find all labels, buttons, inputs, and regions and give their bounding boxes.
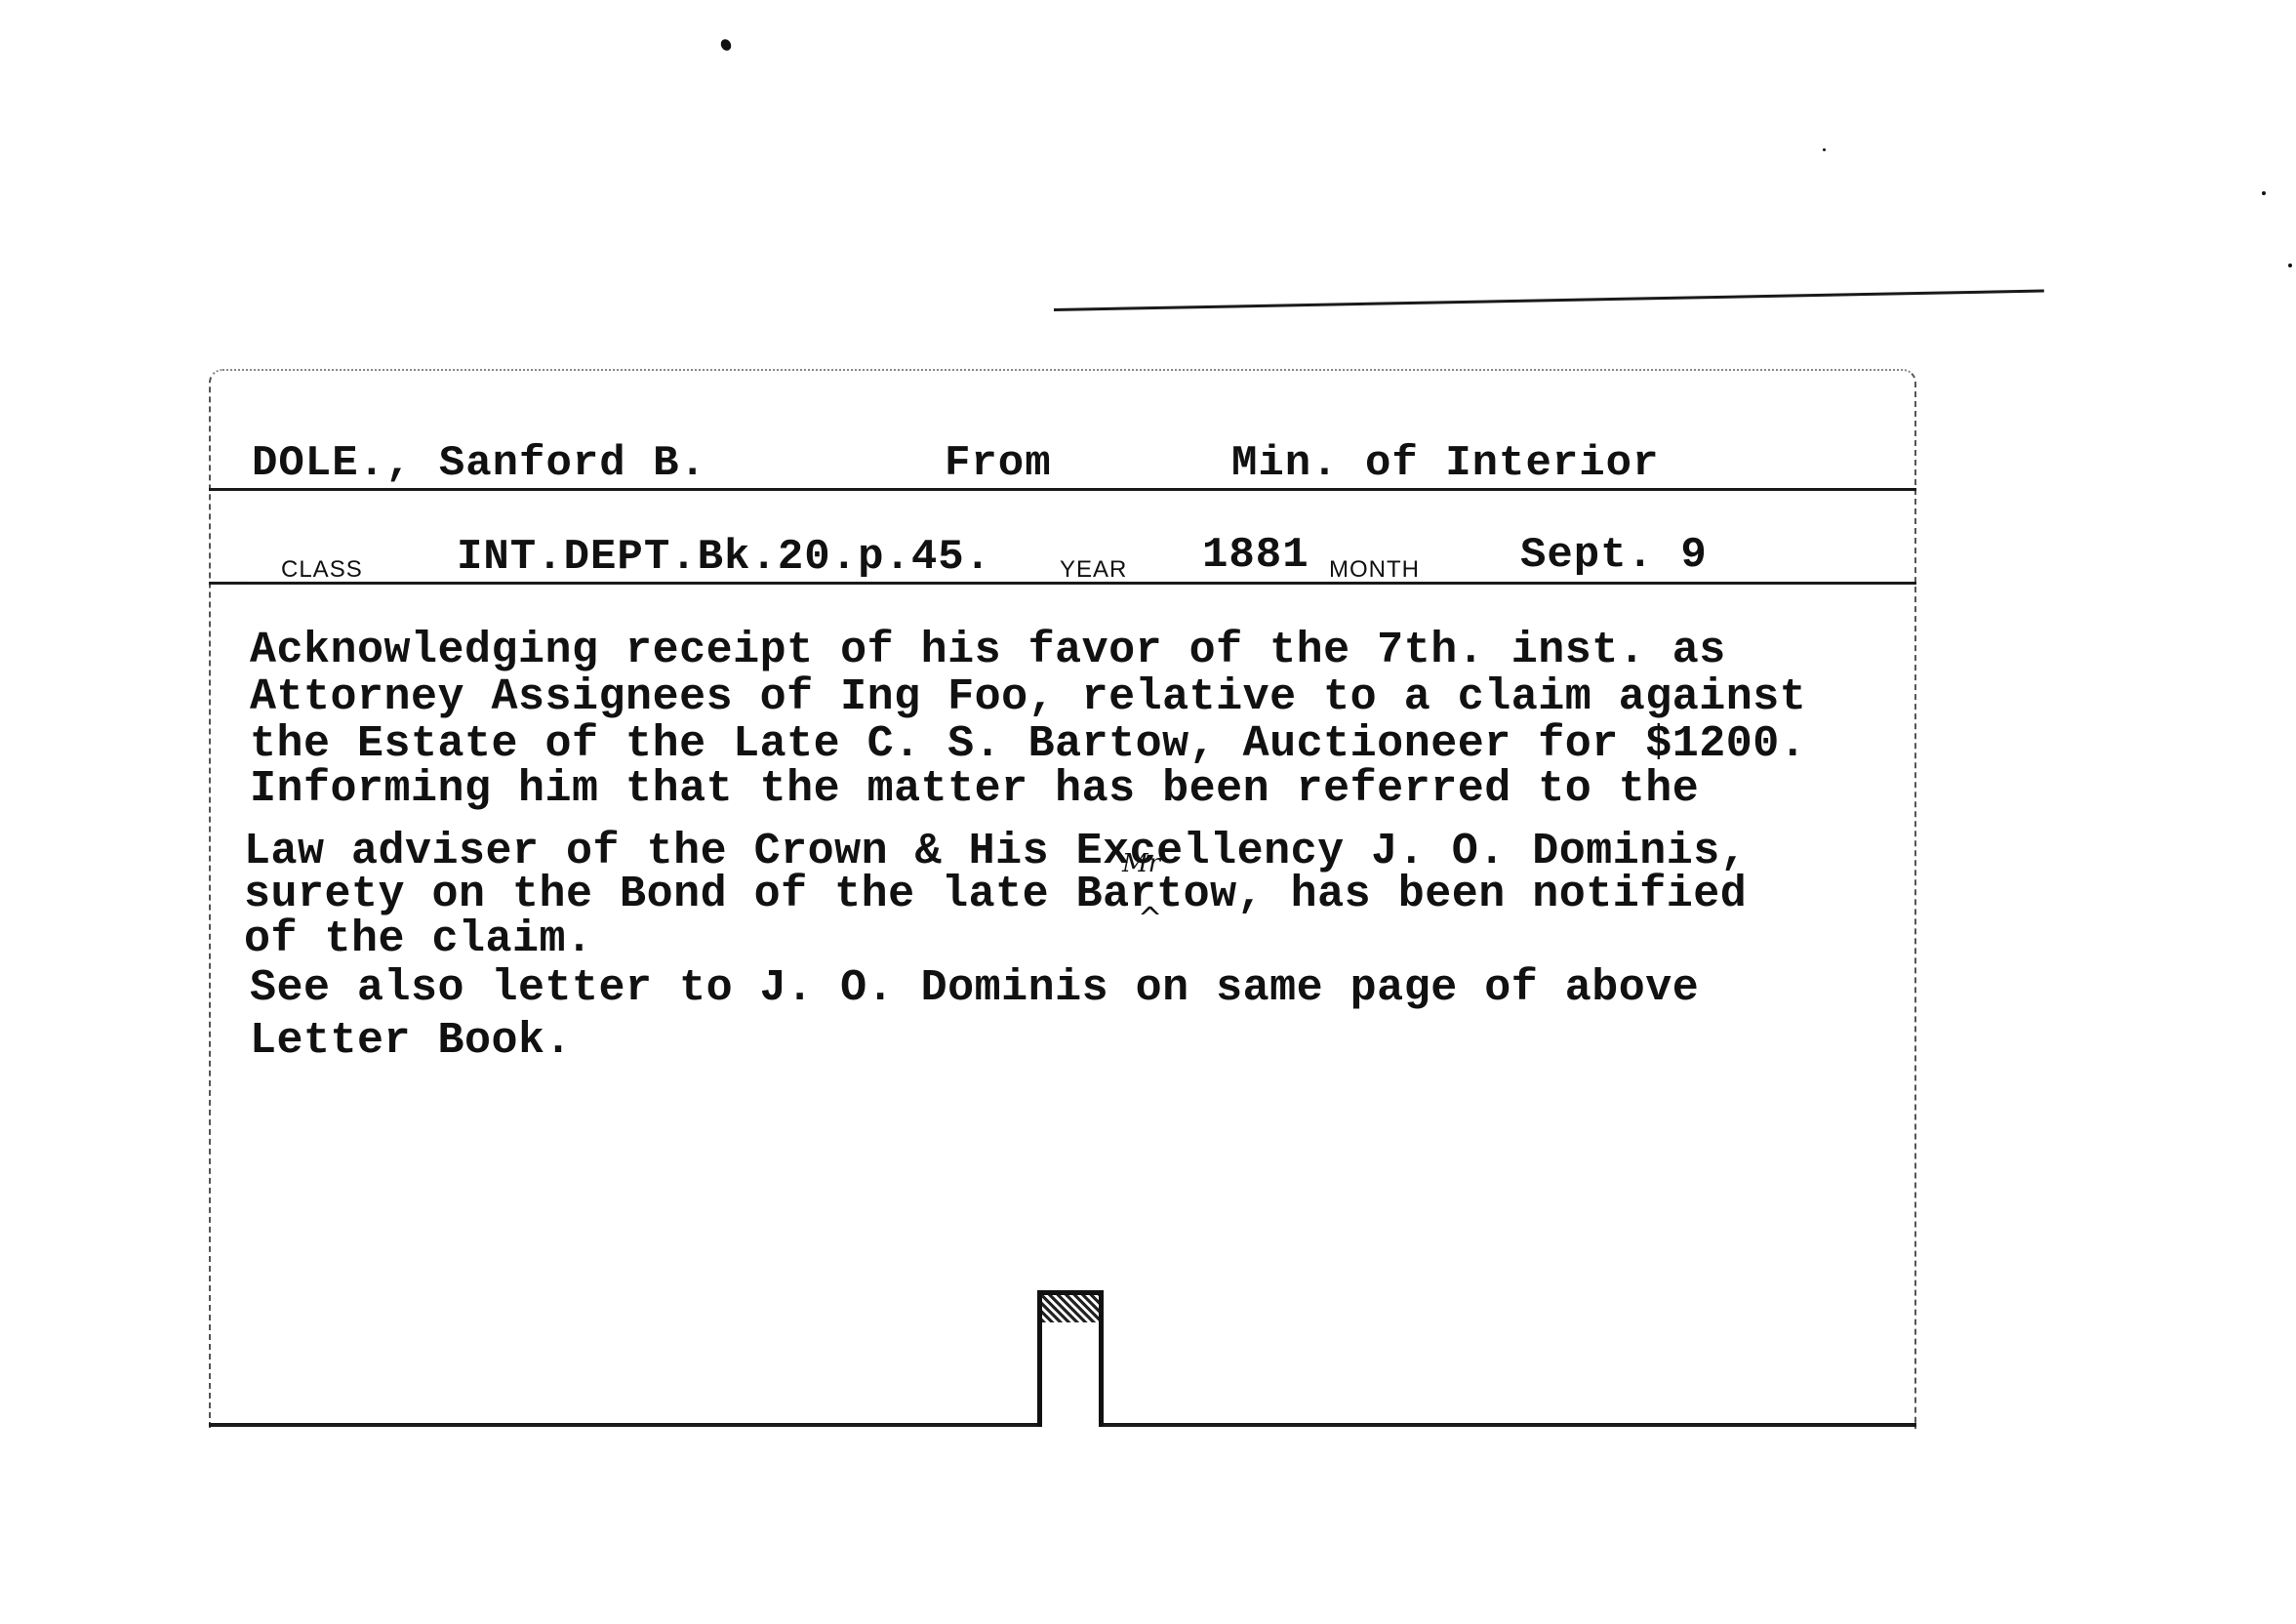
body-line: Informing him that the matter has been r…	[250, 767, 1699, 811]
class-label: CLASS	[281, 556, 363, 584]
ink-speck	[719, 37, 734, 52]
class-value: INT.DEPT.Bk.20.p.45.	[457, 533, 991, 582]
body-line: Letter Book.	[250, 1019, 572, 1063]
body-line: Law adviser of the Crown & His Excellenc…	[244, 830, 1747, 873]
card-name: DOLE., Sanford B.	[252, 439, 706, 488]
handwritten-insert: Mr	[1122, 849, 1160, 878]
month-label: MONTH	[1329, 556, 1420, 584]
body-line: surety on the Bond of the late Bartow, h…	[244, 873, 1747, 916]
body-line: of the claim.	[244, 917, 593, 961]
body-line: Acknowledging receipt of his favor of th…	[250, 629, 1726, 672]
card-bottom-edge	[209, 1423, 1038, 1427]
month-value: Sept. 9	[1520, 531, 1708, 580]
scan-artifact-line	[1054, 290, 2044, 311]
header-rule	[209, 488, 1916, 491]
year-value: 1881	[1202, 531, 1309, 580]
card-tab-notch	[1037, 1290, 1104, 1427]
card-tab-shading	[1042, 1295, 1099, 1322]
header-rule	[209, 582, 1916, 585]
ink-speck	[2288, 264, 2292, 267]
ink-speck	[2262, 191, 2266, 195]
body-line: Attorney Assignees of Ing Foo, relative …	[250, 675, 1806, 719]
body-line: See also letter to J. O. Dominis on same…	[250, 966, 1699, 1010]
from-label: From	[945, 439, 1052, 488]
body-line: the Estate of the Late C. S. Bartow, Auc…	[250, 722, 1806, 766]
ink-speck	[1823, 148, 1826, 151]
from-value: Min. of Interior	[1231, 439, 1659, 488]
year-label: YEAR	[1060, 556, 1127, 584]
insertion-caret-icon: ^	[1138, 902, 1162, 936]
card-bottom-edge	[1103, 1423, 1916, 1427]
